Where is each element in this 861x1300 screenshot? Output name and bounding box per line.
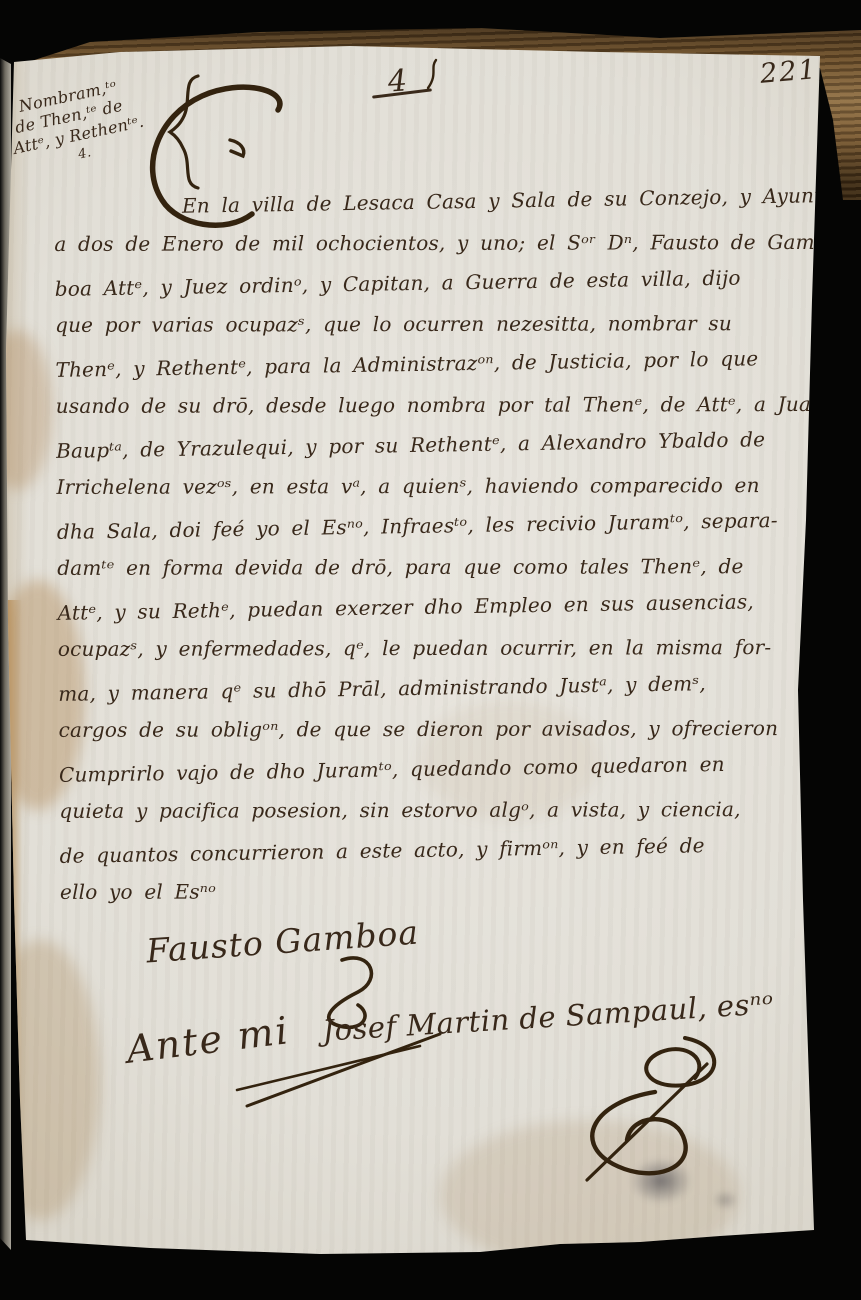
text-line: quieta y pacifica posesion, sin estorvo …	[59, 789, 771, 831]
manuscript-page: Nombram,ᵗᵒ de Then,ᵗᵉ de Attᵉ, y Rethenᵗ…	[0, 0, 861, 1300]
text-line: cargos de su obligᵒⁿ, de que se dieron p…	[59, 708, 771, 750]
text-line: que por varias ocupazˢ, que lo ocurren n…	[55, 303, 767, 345]
text-line: boa Attᵉ, y Juez ordinᵒ, y Capitan, a Gu…	[54, 257, 767, 309]
margin-note: Nombram,ᵗᵒ de Then,ᵗᵉ de Attᵉ, y Rethenᵗ…	[17, 73, 150, 176]
text-line: En la villa de Lesaca Casa y Sala de su …	[54, 176, 767, 228]
manuscript-photo: Nombram,ᵗᵒ de Then,ᵗᵉ de Attᵉ, y Rethenᵗ…	[0, 0, 861, 1300]
text-line: ocupazˢ, y enfermedades, qᵉ, le puedan o…	[58, 627, 770, 669]
text-line: usando de su drō, desde luego nombra por…	[56, 384, 768, 426]
paper-stain	[0, 940, 100, 1220]
quire-mark-squiggle-icon	[412, 58, 442, 98]
text-line: ello yo el Esⁿᵒ	[60, 870, 772, 912]
text-line: ma, y manera qᵉ su dhō Prāl, administran…	[58, 662, 771, 714]
ink-smudge	[712, 1190, 738, 1210]
text-line: Cumprirlo vajo de dho Juramᵗᵒ, quedando …	[59, 743, 772, 795]
text-line: dha Sala, doi feé yo el Esⁿᵒ, Infraesᵗᵒ,…	[57, 500, 770, 552]
text-line: de quantos concurrieron a este acto, y f…	[59, 824, 772, 876]
notary-signature-flourish-icon	[535, 1030, 730, 1190]
text-line: Irrichelena vezᵒˢ, en esta vᵃ, a quienˢ,…	[56, 465, 768, 507]
folio-number: 221,	[759, 53, 830, 90]
text-line: Thenᵉ, y Rethentᵉ, para la Administrazᵒⁿ…	[55, 338, 768, 390]
text-line: a dos de Enero de mil ochocientos, y uno…	[54, 222, 766, 264]
text-line: Baupᵗᵃ, de Yrazulequi, y por su Rethentᵉ…	[56, 419, 769, 471]
text-line: damᵗᵉ en forma devida de drō, para que c…	[57, 546, 769, 588]
body-text: En la villa de Lesaca Casa y Sala de su …	[54, 179, 772, 914]
paper-stain	[0, 330, 52, 490]
text-line: Attᵉ, y su Rethᵉ, puedan exerzer dho Emp…	[57, 581, 770, 633]
